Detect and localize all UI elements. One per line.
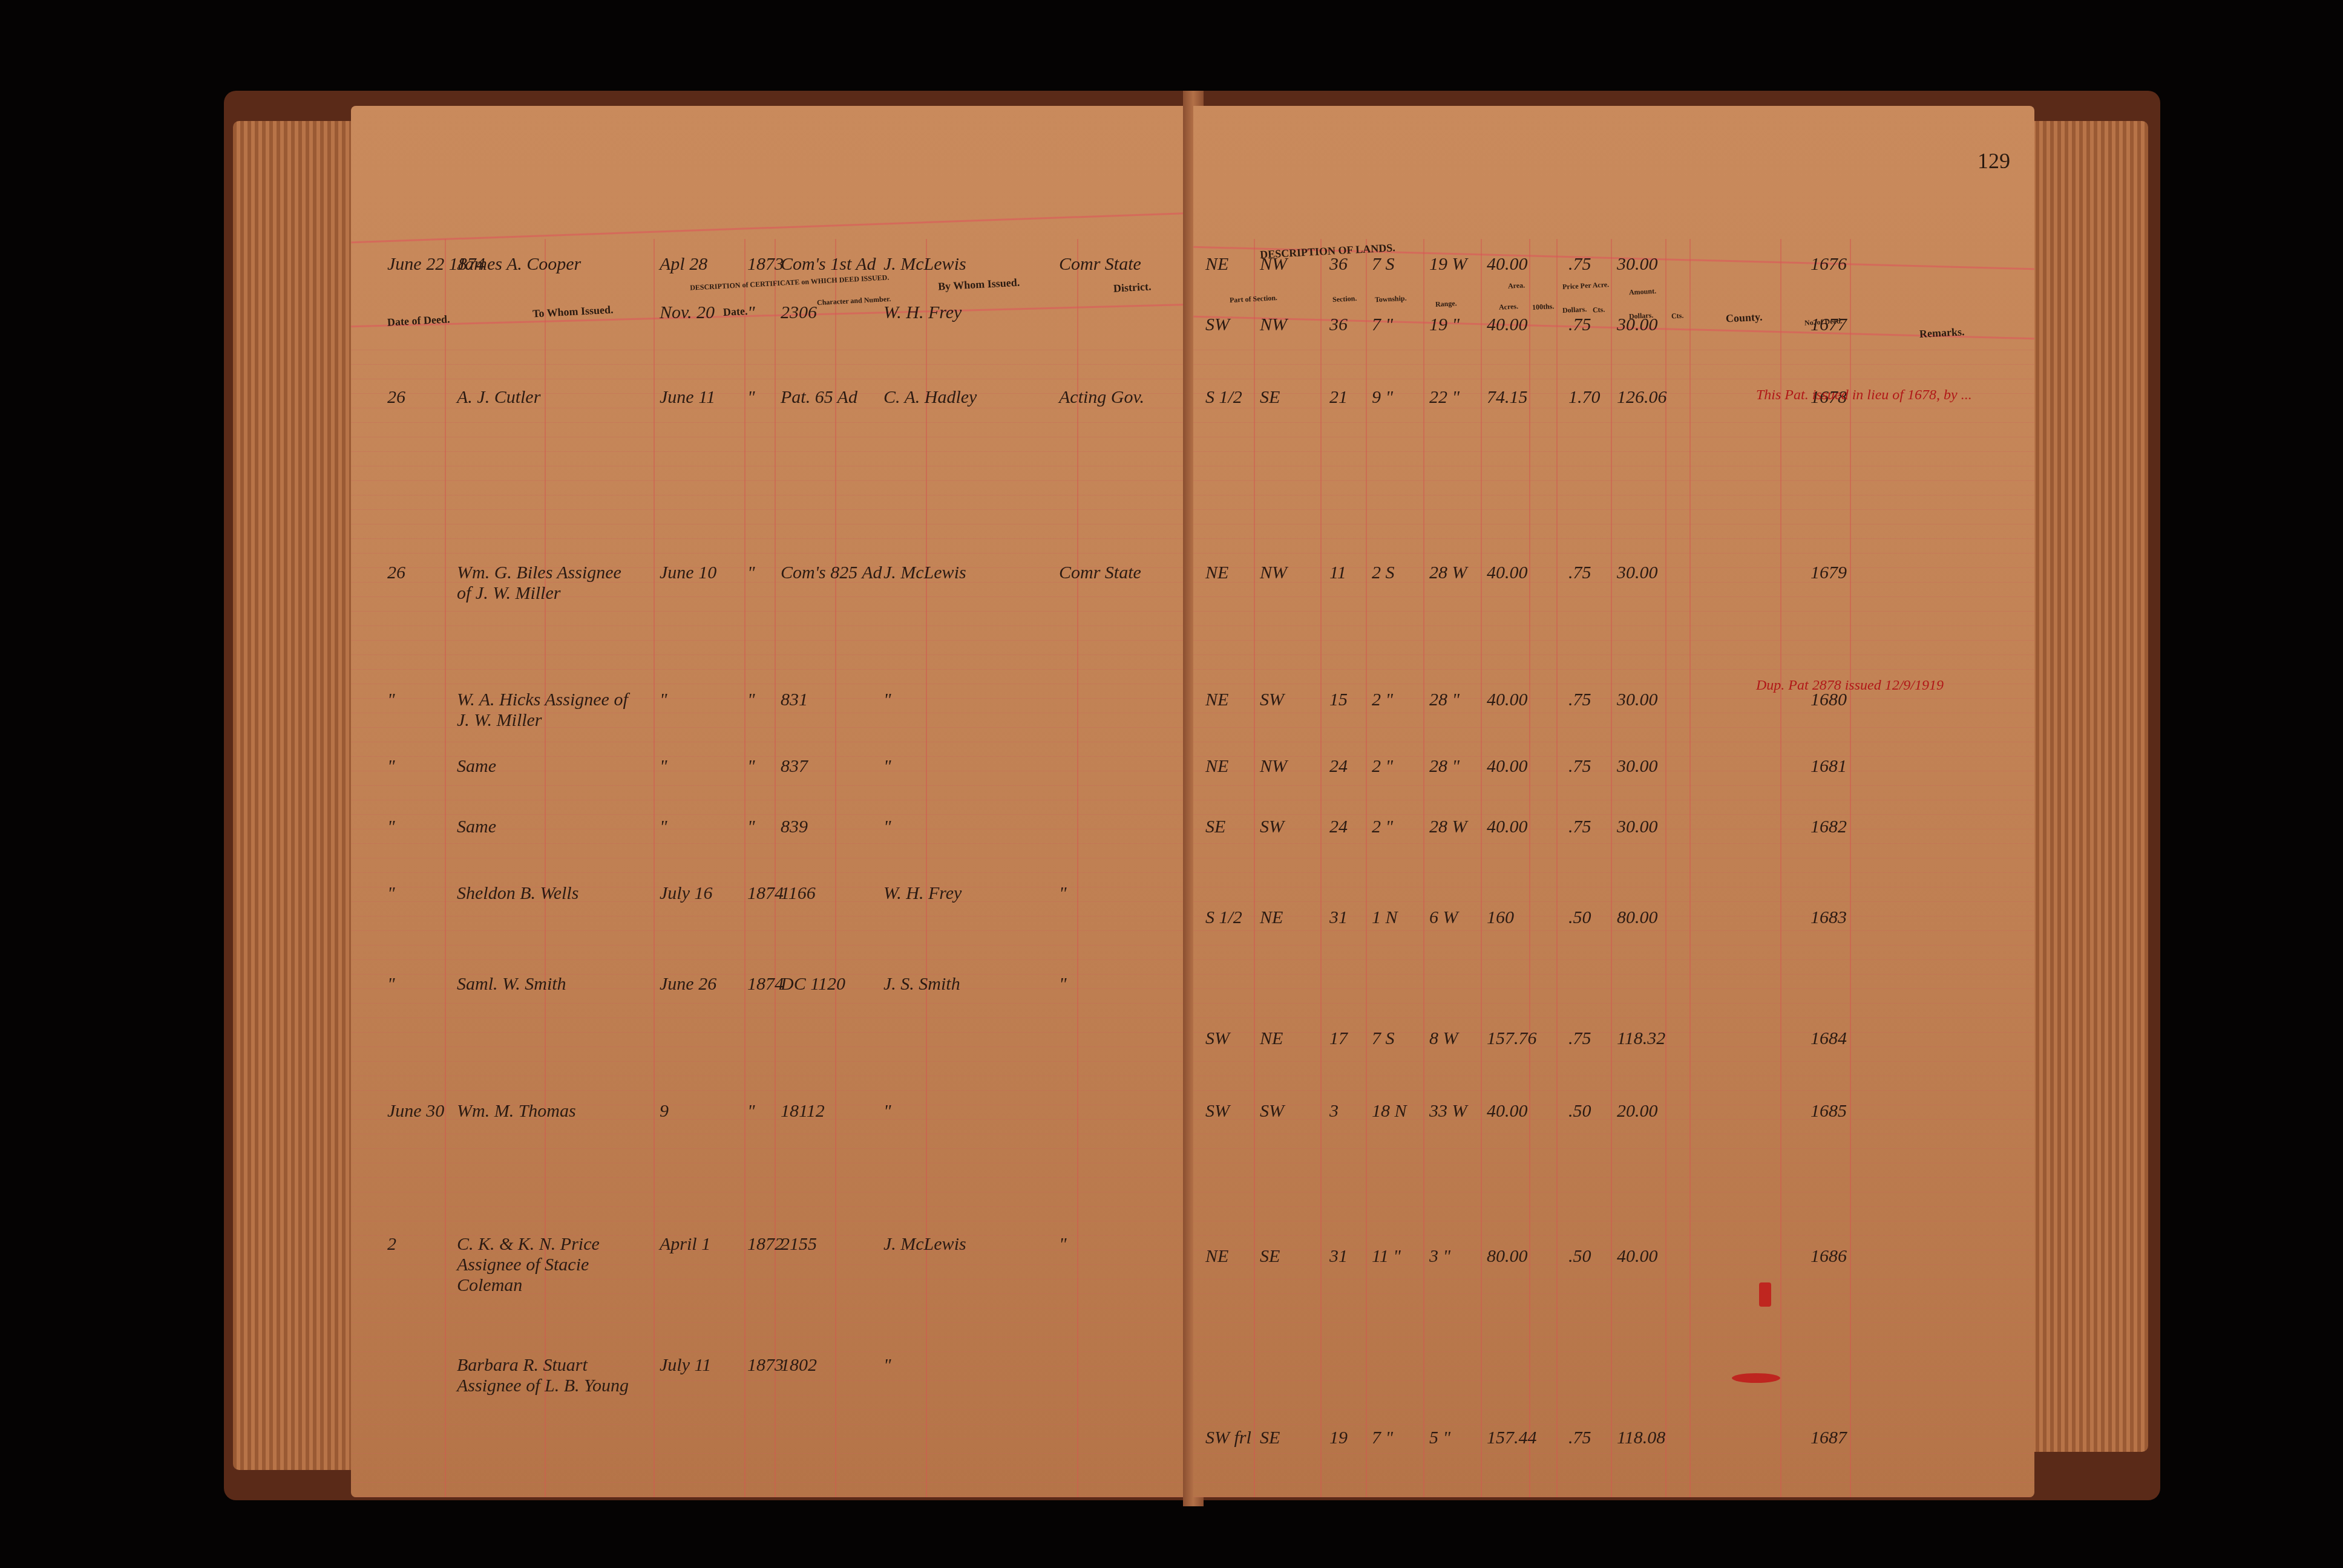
quarter: SE — [1260, 387, 1280, 408]
header-date-of-deed: Date of Deed. — [387, 313, 450, 328]
township: 2 " — [1372, 690, 1393, 710]
certificate-number: 1802 — [781, 1355, 817, 1376]
page-edges-right — [2021, 121, 2148, 1452]
township: 18 N — [1372, 1101, 1407, 1122]
section: 21 — [1329, 387, 1348, 408]
column-rule — [1423, 239, 1424, 1497]
price-per-acre: .50 — [1568, 907, 1591, 928]
column-rule — [1077, 239, 1078, 1497]
grantee-name: Saml. W. Smith — [457, 974, 638, 995]
section: 31 — [1329, 1246, 1348, 1267]
part-of-section: NE — [1205, 1246, 1228, 1267]
header-area-group: Area. — [1508, 281, 1525, 290]
price-per-acre: .75 — [1568, 817, 1591, 837]
acres: 40.00 — [1487, 1101, 1528, 1122]
township: 11 " — [1372, 1246, 1401, 1267]
range: 28 " — [1429, 690, 1460, 710]
header-county: County. — [1725, 310, 1763, 325]
township: 9 " — [1372, 387, 1393, 408]
amount: 30.00 — [1617, 817, 1658, 837]
price-per-acre: .75 — [1568, 254, 1591, 275]
column-rule — [1780, 239, 1781, 1497]
red-ink-mark — [1759, 1282, 1771, 1307]
header-cert-character: Character and Number. — [817, 295, 891, 307]
price-per-acre: .75 — [1568, 1428, 1591, 1448]
quarter: NW — [1260, 563, 1287, 583]
deed-date: 2 — [387, 1234, 396, 1255]
certificate-date: June 26 — [660, 974, 716, 995]
acres: 40.00 — [1487, 254, 1528, 275]
certificate-year: " — [747, 1101, 755, 1122]
certificate-year: " — [747, 817, 755, 837]
quarter: NW — [1260, 254, 1287, 275]
grantee-name: Wm. M. Thomas — [457, 1101, 638, 1122]
township: 7 " — [1372, 315, 1393, 335]
grantee-name: Sheldon B. Wells — [457, 883, 638, 904]
certificate-date: " — [660, 756, 667, 777]
range: 8 W — [1429, 1028, 1458, 1049]
section: 15 — [1329, 690, 1348, 710]
amount: 30.00 — [1617, 563, 1658, 583]
certificate-number: 2306 — [781, 302, 817, 323]
amount: 30.00 — [1617, 315, 1658, 335]
part-of-section: S 1/2 — [1205, 387, 1242, 408]
right-page: 129 DESCRIPTION OF LANDS. Part of Sectio… — [1193, 106, 2034, 1497]
quarter: SW — [1260, 817, 1284, 837]
certificate-number: 1166 — [781, 883, 816, 904]
quarter: SW — [1260, 1101, 1284, 1122]
amount: 126.06 — [1617, 387, 1667, 408]
column-rule — [1689, 239, 1691, 1497]
header-section: Section. — [1332, 294, 1357, 304]
certificate-date: July 16 — [660, 883, 712, 904]
grantee-name: Barbara R. Stuart Assignee of L. B. Youn… — [457, 1355, 638, 1396]
deed-number: 1676 — [1810, 254, 1847, 275]
certificate-year: 1874 — [747, 974, 784, 995]
certificate-date: " — [660, 690, 667, 710]
header-remarks: Remarks. — [1919, 325, 1965, 341]
certificate-number: 831 — [781, 690, 808, 710]
section: 24 — [1329, 817, 1348, 837]
issued-by: C. A. Hadley — [883, 387, 977, 408]
price-per-acre: .75 — [1568, 563, 1591, 583]
part-of-section: SW — [1205, 1101, 1230, 1122]
issued-by: W. H. Frey — [883, 883, 962, 904]
amount: 118.08 — [1617, 1428, 1665, 1448]
range: 33 W — [1429, 1101, 1467, 1122]
quarter: SE — [1260, 1428, 1280, 1448]
amount: 40.00 — [1617, 1246, 1658, 1267]
amount: 118.32 — [1617, 1028, 1665, 1049]
certificate-date: April 1 — [660, 1234, 710, 1255]
part-of-section: S 1/2 — [1205, 907, 1242, 928]
part-of-section: SW frl — [1205, 1428, 1251, 1448]
header-by-whom: By Whom Issued. — [938, 276, 1020, 293]
deed-number: 1679 — [1810, 563, 1847, 583]
issued-by: " — [883, 690, 891, 710]
amount: 20.00 — [1617, 1101, 1658, 1122]
section: 3 — [1329, 1101, 1339, 1122]
acres: 160 — [1487, 907, 1514, 928]
column-rule — [1529, 239, 1530, 1497]
township: 2 " — [1372, 817, 1393, 837]
certificate-date: June 10 — [660, 563, 716, 583]
quarter: SW — [1260, 690, 1284, 710]
deed-date: 26 — [387, 563, 405, 583]
certificate-year: " — [747, 756, 755, 777]
grantee-name: C. K. & K. N. Price Assignee of Stacie C… — [457, 1234, 638, 1296]
deed-number: 1686 — [1810, 1246, 1847, 1267]
certificate-year: " — [747, 563, 755, 583]
township: 1 N — [1372, 907, 1398, 928]
column-rule — [744, 239, 745, 1497]
township: 7 S — [1372, 254, 1395, 275]
column-rule — [1366, 239, 1367, 1497]
ruled-lines — [1193, 336, 2034, 1497]
column-rule — [1611, 239, 1612, 1497]
certificate-date: Apl 28 — [660, 254, 707, 275]
certificate-date: Nov. 20 — [660, 302, 715, 323]
acres: 157.44 — [1487, 1428, 1537, 1448]
quarter: SE — [1260, 1246, 1280, 1267]
header-township: Township. — [1375, 294, 1407, 305]
range: 19 " — [1429, 315, 1460, 335]
district: " — [1059, 974, 1067, 995]
header-rule — [351, 304, 1192, 327]
district: Comr State — [1059, 254, 1141, 275]
section: 31 — [1329, 907, 1348, 928]
price-per-acre: .75 — [1568, 1028, 1591, 1049]
range: 3 " — [1429, 1246, 1450, 1267]
deed-date: " — [387, 690, 395, 710]
amount: 30.00 — [1617, 690, 1658, 710]
grantee-name: Wm. G. Biles Assignee of J. W. Miller — [457, 563, 638, 604]
certificate-number: 2155 — [781, 1234, 817, 1255]
acres: 40.00 — [1487, 756, 1528, 777]
certificate-number: 839 — [781, 817, 808, 837]
column-rule — [445, 239, 446, 1497]
certificate-number: Com's 825 Ad — [781, 563, 882, 583]
deed-number: 1683 — [1810, 907, 1847, 928]
part-of-section: NE — [1205, 563, 1228, 583]
header-hundredths: 100ths. — [1532, 302, 1555, 312]
column-rule — [775, 239, 776, 1497]
red-ink-remark: This Pat. issued in lieu of 1678, by ... — [1756, 387, 1972, 403]
section: 36 — [1329, 254, 1348, 275]
grantee-name: A. J. Cutler — [457, 387, 638, 408]
page-edges-left — [233, 121, 354, 1470]
certificate-number: Pat. 65 Ad — [781, 387, 857, 408]
certificate-number: DC 1120 — [781, 974, 845, 995]
acres: 157.76 — [1487, 1028, 1537, 1049]
deed-number: 1682 — [1810, 817, 1847, 837]
deed-number: 1684 — [1810, 1028, 1847, 1049]
deed-date: " — [387, 817, 395, 837]
acres: 40.00 — [1487, 563, 1528, 583]
section: 17 — [1329, 1028, 1348, 1049]
part-of-section: NE — [1205, 690, 1228, 710]
price-per-acre: .50 — [1568, 1246, 1591, 1267]
grantee-name: W. A. Hicks Assignee of J. W. Miller — [457, 690, 638, 731]
price-per-acre: .75 — [1568, 315, 1591, 335]
header-district: District. — [1113, 280, 1151, 295]
certificate-date: July 11 — [660, 1355, 711, 1376]
certificate-number: Com's 1st Ad — [781, 254, 876, 275]
acres: 40.00 — [1487, 690, 1528, 710]
part-of-section: SW — [1205, 1028, 1230, 1049]
column-rule — [1850, 239, 1851, 1497]
district: Acting Gov. — [1059, 387, 1144, 408]
range: 22 " — [1429, 387, 1460, 408]
header-certificate-group: DESCRIPTION of CERTIFICATE on WHICH DEED… — [690, 273, 890, 292]
acres: 74.15 — [1487, 387, 1528, 408]
red-ink-mark — [1732, 1373, 1780, 1383]
column-rule — [545, 239, 546, 1497]
price-per-acre: 1.70 — [1568, 387, 1601, 408]
deed-number: 1677 — [1810, 315, 1847, 335]
range: 19 W — [1429, 254, 1467, 275]
column-rule — [835, 239, 836, 1497]
price-per-acre: .50 — [1568, 1101, 1591, 1122]
issued-by: " — [883, 1101, 891, 1122]
section: 11 — [1329, 563, 1346, 583]
certificate-date: June 11 — [660, 387, 715, 408]
column-rule — [654, 239, 655, 1497]
range: 6 W — [1429, 907, 1458, 928]
header-cert-date: Date. — [723, 305, 748, 319]
price-per-acre: .75 — [1568, 756, 1591, 777]
district: " — [1059, 883, 1067, 904]
page-number: 129 — [1978, 148, 2010, 174]
deed-number: 1687 — [1810, 1428, 1847, 1448]
deed-number: 1685 — [1810, 1101, 1847, 1122]
red-ink-remark: Dup. Pat 2878 issued 12/9/1919 — [1756, 678, 1944, 694]
certificate-number: 18112 — [781, 1101, 825, 1122]
quarter: NE — [1260, 907, 1283, 928]
ruled-lines — [351, 336, 1192, 1497]
certificate-year: 1872 — [747, 1234, 784, 1255]
township: 2 S — [1372, 563, 1395, 583]
grantee-name: James A. Cooper — [457, 254, 638, 275]
header-price-cents: Cts. — [1593, 305, 1605, 315]
certificate-year: " — [747, 690, 755, 710]
header-rule — [351, 212, 1191, 244]
township: 2 " — [1372, 756, 1393, 777]
range: 28 W — [1429, 817, 1467, 837]
column-rule — [1320, 239, 1322, 1497]
column-rule — [926, 239, 927, 1497]
certificate-year: 1873 — [747, 1355, 784, 1376]
section: 36 — [1329, 315, 1348, 335]
section: 19 — [1329, 1428, 1348, 1448]
range: 28 " — [1429, 756, 1460, 777]
grantee-name: Same — [457, 756, 638, 777]
acres: 80.00 — [1487, 1246, 1528, 1267]
issued-by: " — [883, 756, 891, 777]
acres: 40.00 — [1487, 817, 1528, 837]
issued-by: " — [883, 1355, 891, 1376]
quarter: NE — [1260, 1028, 1283, 1049]
section: 24 — [1329, 756, 1348, 777]
certificate-year: " — [747, 387, 755, 408]
certificate-number: 837 — [781, 756, 808, 777]
column-rule — [1556, 239, 1558, 1497]
acres: 40.00 — [1487, 315, 1528, 335]
deed-date: " — [387, 756, 395, 777]
part-of-section: SW — [1205, 315, 1230, 335]
range: 5 " — [1429, 1428, 1450, 1448]
header-price-group: Price Per Acre. — [1562, 280, 1610, 292]
grantee-name: Same — [457, 817, 638, 837]
deed-date: 26 — [387, 387, 405, 408]
certificate-year: " — [747, 302, 755, 323]
deed-date: " — [387, 974, 395, 995]
district: " — [1059, 1234, 1067, 1255]
column-rule — [1254, 239, 1255, 1497]
header-price-dollars: Dollars. — [1562, 305, 1587, 315]
issued-by: W. H. Frey — [883, 302, 962, 323]
part-of-section: NE — [1205, 254, 1228, 275]
column-rule — [1481, 239, 1482, 1497]
part-of-section: SE — [1205, 817, 1225, 837]
header-range: Range. — [1435, 299, 1457, 309]
price-per-acre: .75 — [1568, 690, 1591, 710]
issued-by: J. McLewis — [883, 1234, 966, 1255]
range: 28 W — [1429, 563, 1467, 583]
district: Comr State — [1059, 563, 1141, 583]
issued-by: J. McLewis — [883, 563, 966, 583]
township: 7 " — [1372, 1428, 1393, 1448]
header-acres: Acres. — [1499, 302, 1519, 312]
amount: 30.00 — [1617, 254, 1658, 275]
amount: 80.00 — [1617, 907, 1658, 928]
township: 7 S — [1372, 1028, 1395, 1049]
left-page: Date of Deed. To Whom Issued. DESCRIPTIO… — [351, 106, 1192, 1497]
deed-date: June 30 — [387, 1101, 444, 1122]
header-amount-group: Amount. — [1629, 287, 1657, 297]
header-part-of-section: Part of Section. — [1230, 293, 1278, 305]
issued-by: " — [883, 817, 891, 837]
amount: 30.00 — [1617, 756, 1658, 777]
certificate-date: " — [660, 817, 667, 837]
issued-by: J. McLewis — [883, 254, 966, 275]
header-amount-cents: Cts. — [1671, 311, 1684, 321]
quarter: NW — [1260, 756, 1287, 777]
column-rule — [1665, 239, 1666, 1497]
deed-date: " — [387, 883, 395, 904]
certificate-date: 9 — [660, 1101, 669, 1122]
issued-by: J. S. Smith — [883, 974, 960, 995]
certificate-year: 1873 — [747, 254, 784, 275]
quarter: NW — [1260, 315, 1287, 335]
deed-number: 1681 — [1810, 756, 1847, 777]
certificate-year: 1874 — [747, 883, 784, 904]
part-of-section: NE — [1205, 756, 1228, 777]
